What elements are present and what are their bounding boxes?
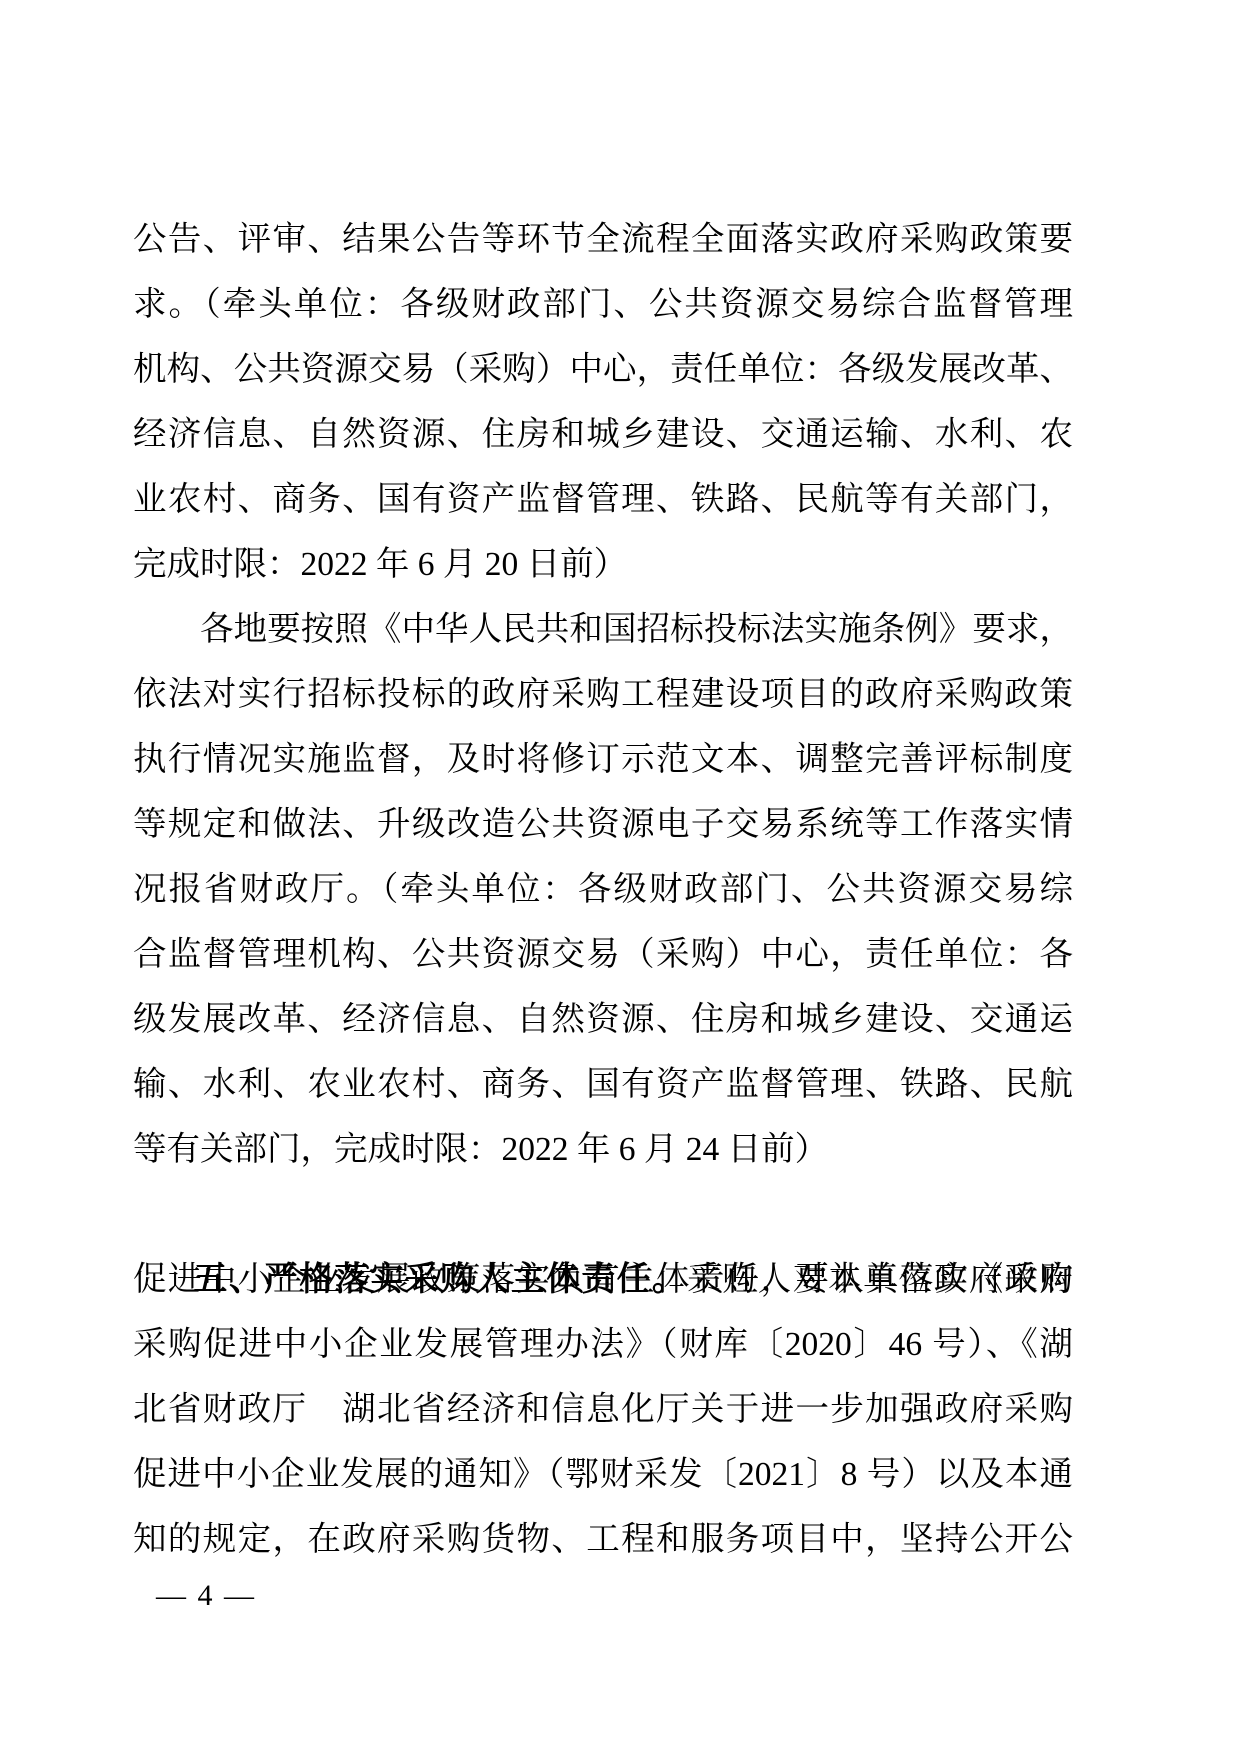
text-line: 机构、公共资源交易（采购）中心，责任单位：各级发展改革、 [133,337,1073,402]
document-page: 公告、评审、结果公告等环节全流程全面落实政府采购政策要 求。（牵头单位：各级财政… [0,0,1239,1754]
page-number: — 4 — [156,1578,256,1614]
text-line: 等规定和做法、升级改造公共资源电子交易系统等工作落实情 [133,792,1073,857]
text-line: 业农村、商务、国有资产监督管理、铁路、民航等有关部门， [133,467,1073,532]
text-line: 等有关部门，完成时限：2022 年 6 月 24 日前） [133,1117,1073,1182]
section-heading-line: 五、严格落实采购人主体责任。采购人对本单位政府采购 [133,1182,1073,1247]
text-line: 各地要按照《中华人民共和国招标投标法实施条例》要求， [133,597,1073,662]
text-line: 促进中小企业发展的通知》（鄂财采发〔2021〕8 号）以及本通 [133,1442,1073,1507]
text-line: 级发展改革、经济信息、自然资源、住房和城乡建设、交通运 [133,987,1073,1052]
text-line: 北省财政厅 湖北省经济和信息化厅关于进一步加强政府采购 [133,1377,1073,1442]
text-line: 求。（牵头单位：各级财政部门、公共资源交易综合监督管理 [133,272,1073,337]
text-line: 况报省财政厅。（牵头单位：各级财政部门、公共资源交易综 [133,857,1073,922]
text-line: 促进中小企业发展政策落实负有主体责任，要认真落实《政府 [133,1247,1073,1312]
text-line: 知的规定，在政府采购货物、工程和服务项目中，坚持公开公 [133,1507,1073,1572]
text-line: 经济信息、自然资源、住房和城乡建设、交通运输、水利、农 [133,402,1073,467]
text-line: 采购促进中小企业发展管理办法》（财库〔2020〕46 号）、《湖 [133,1312,1073,1377]
document-body: 公告、评审、结果公告等环节全流程全面落实政府采购政策要 求。（牵头单位：各级财政… [133,207,1073,1572]
text-line: 依法对实行招标投标的政府采购工程建设项目的政府采购政策 [133,662,1073,727]
text-line: 完成时限：2022 年 6 月 20 日前） [133,532,1073,597]
text-line: 执行情况实施监督，及时将修订示范文本、调整完善评标制度 [133,727,1073,792]
text-line: 合监督管理机构、公共资源交易（采购）中心，责任单位：各 [133,922,1073,987]
text-line: 输、水利、农业农村、商务、国有资产监督管理、铁路、民航 [133,1052,1073,1117]
text-line: 公告、评审、结果公告等环节全流程全面落实政府采购政策要 [133,207,1073,272]
